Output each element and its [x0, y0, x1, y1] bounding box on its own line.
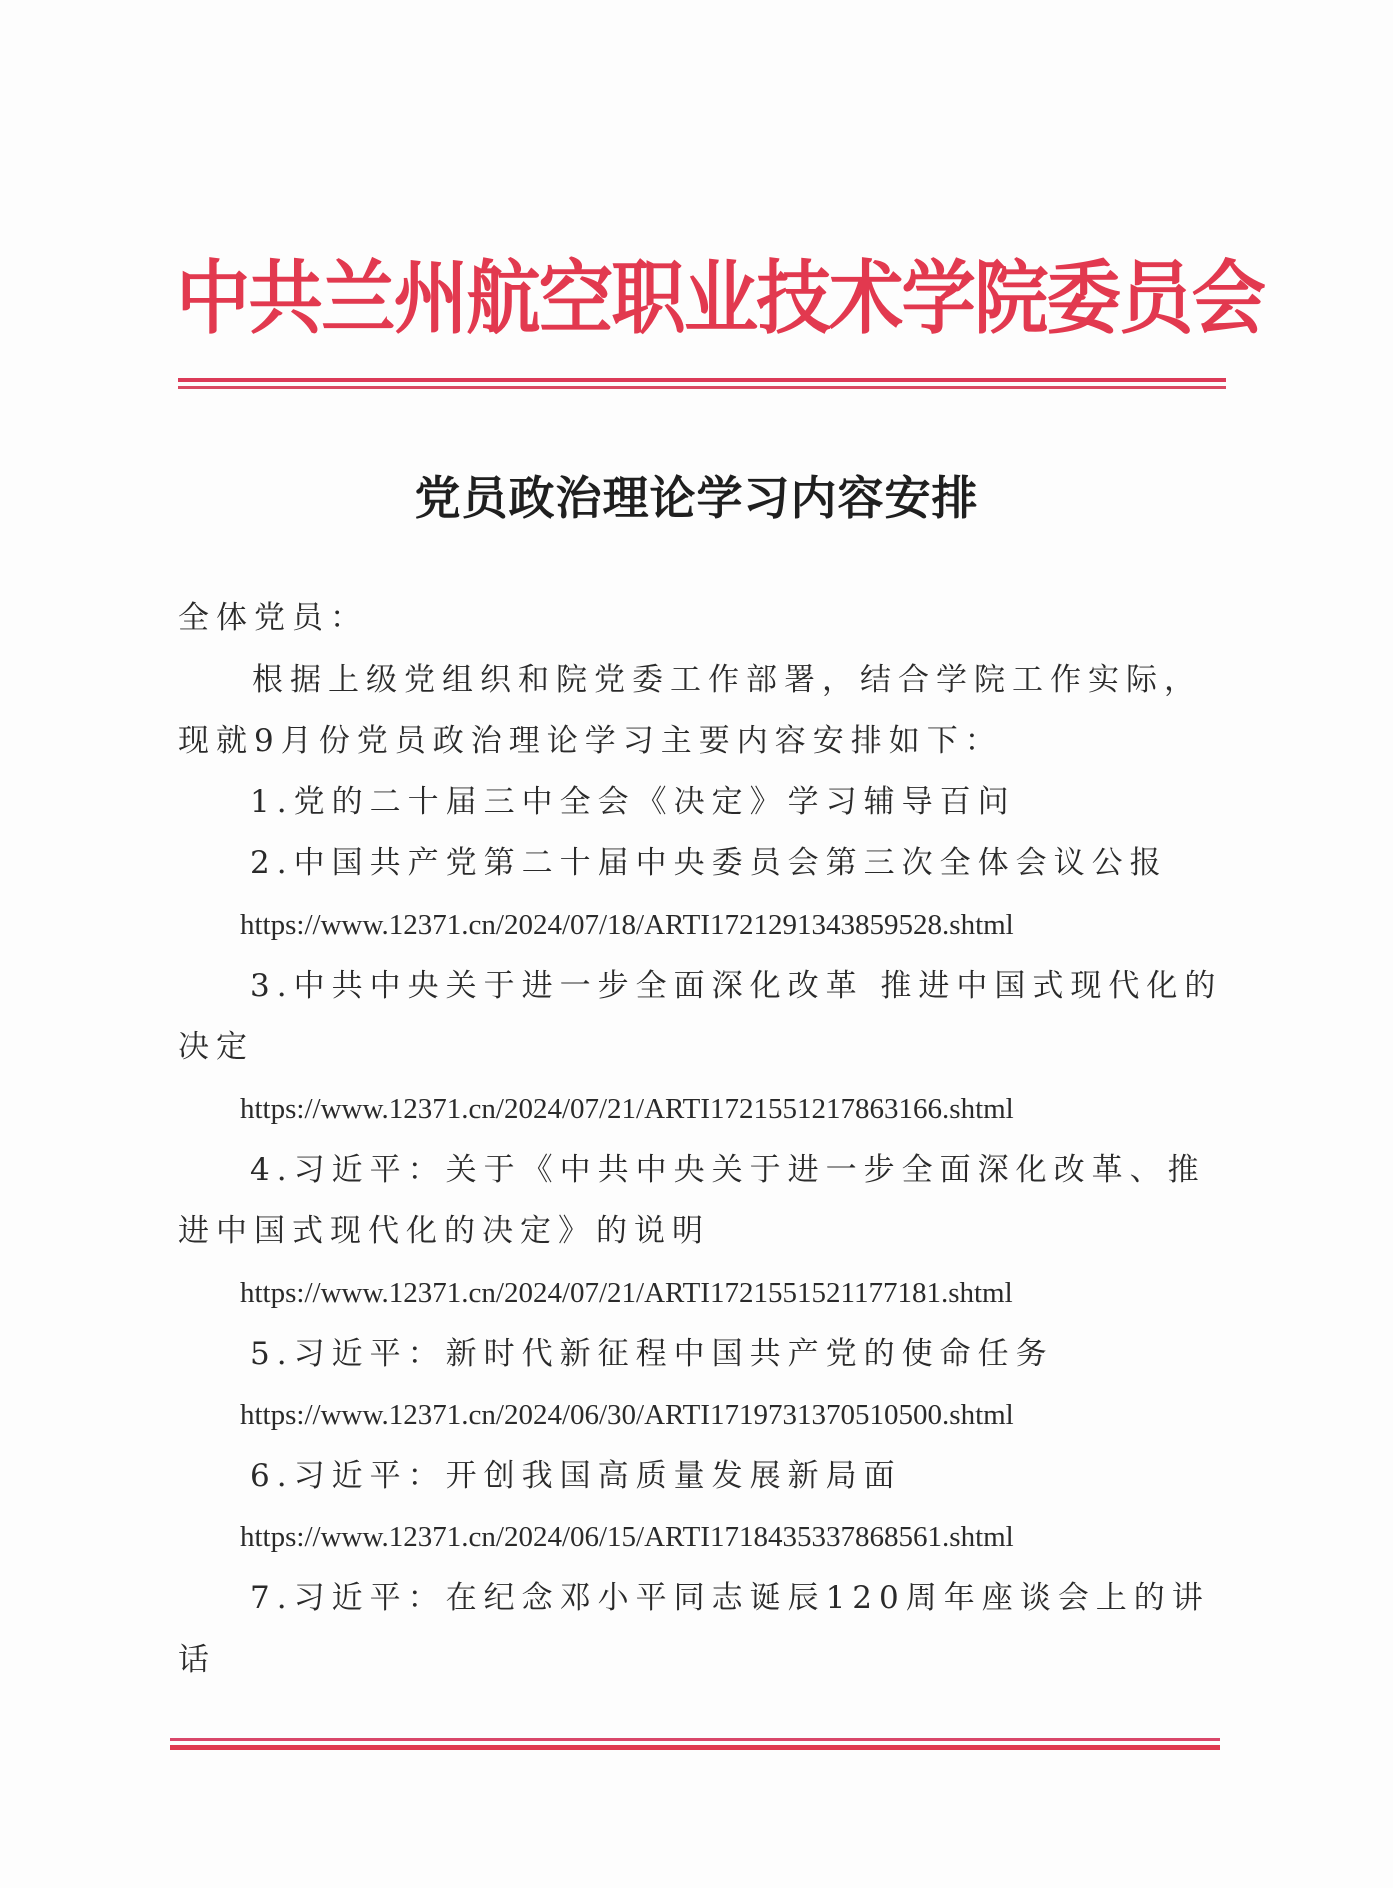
header-divider-double-line [178, 378, 1226, 392]
study-item-4-title-continued: 进中国式现代化的决定》的说明 [178, 1211, 710, 1251]
divider-line-thin [170, 1738, 1220, 1741]
study-item-5-url[interactable]: https://www.12371.cn/2024/06/30/ARTI1719… [240, 1395, 1014, 1435]
study-item-1-title: 1.党的二十届三中全会《决定》学习辅导百问 [250, 782, 1016, 822]
study-item-7-title: 7.习近平：在纪念邓小平同志诞辰120周年座谈会上的讲 [250, 1578, 1210, 1618]
study-item-6-title: 6.习近平：开创我国高质量发展新局面 [250, 1456, 902, 1496]
intro-paragraph-line-2: 现就9月份党员政治理论学习主要内容安排如下： [178, 721, 1003, 761]
divider-line-thick [178, 378, 1226, 382]
study-item-7-title-continued: 话 [178, 1640, 216, 1680]
divider-line-thick [170, 1745, 1220, 1750]
study-item-6-url[interactable]: https://www.12371.cn/2024/06/15/ARTI1718… [240, 1517, 1014, 1557]
study-item-2-title: 2.中国共产党第二十届中央委员会第三次全体会议公报 [250, 843, 1168, 883]
study-item-5-title: 5.习近平：新时代新征程中国共产党的使命任务 [250, 1334, 1054, 1374]
study-item-3-title-continued: 决定 [178, 1027, 254, 1067]
study-item-4-url[interactable]: https://www.12371.cn/2024/07/21/ARTI1721… [240, 1273, 1013, 1313]
footer-divider-double-line [170, 1738, 1220, 1752]
study-item-4-title: 4.习近平：关于《中共中央关于进一步全面深化改革、推 [250, 1150, 1206, 1190]
study-item-3-title: 3.中共中央关于进一步全面深化改革 推进中国式现代化的 [250, 966, 1222, 1006]
salutation: 全体党员： [178, 598, 368, 638]
divider-line-thin [178, 386, 1226, 389]
organization-name-header: 中共兰州航空职业技术学院委员会 [176, 250, 1143, 346]
intro-paragraph-line-1: 根据上级党组织和院党委工作部署，结合学院工作实际， [252, 660, 1202, 700]
study-item-2-url[interactable]: https://www.12371.cn/2024/07/18/ARTI1721… [240, 905, 1014, 945]
document-title: 党员政治理论学习内容安排 [0, 462, 1393, 528]
study-item-3-url[interactable]: https://www.12371.cn/2024/07/21/ARTI1721… [240, 1089, 1014, 1129]
